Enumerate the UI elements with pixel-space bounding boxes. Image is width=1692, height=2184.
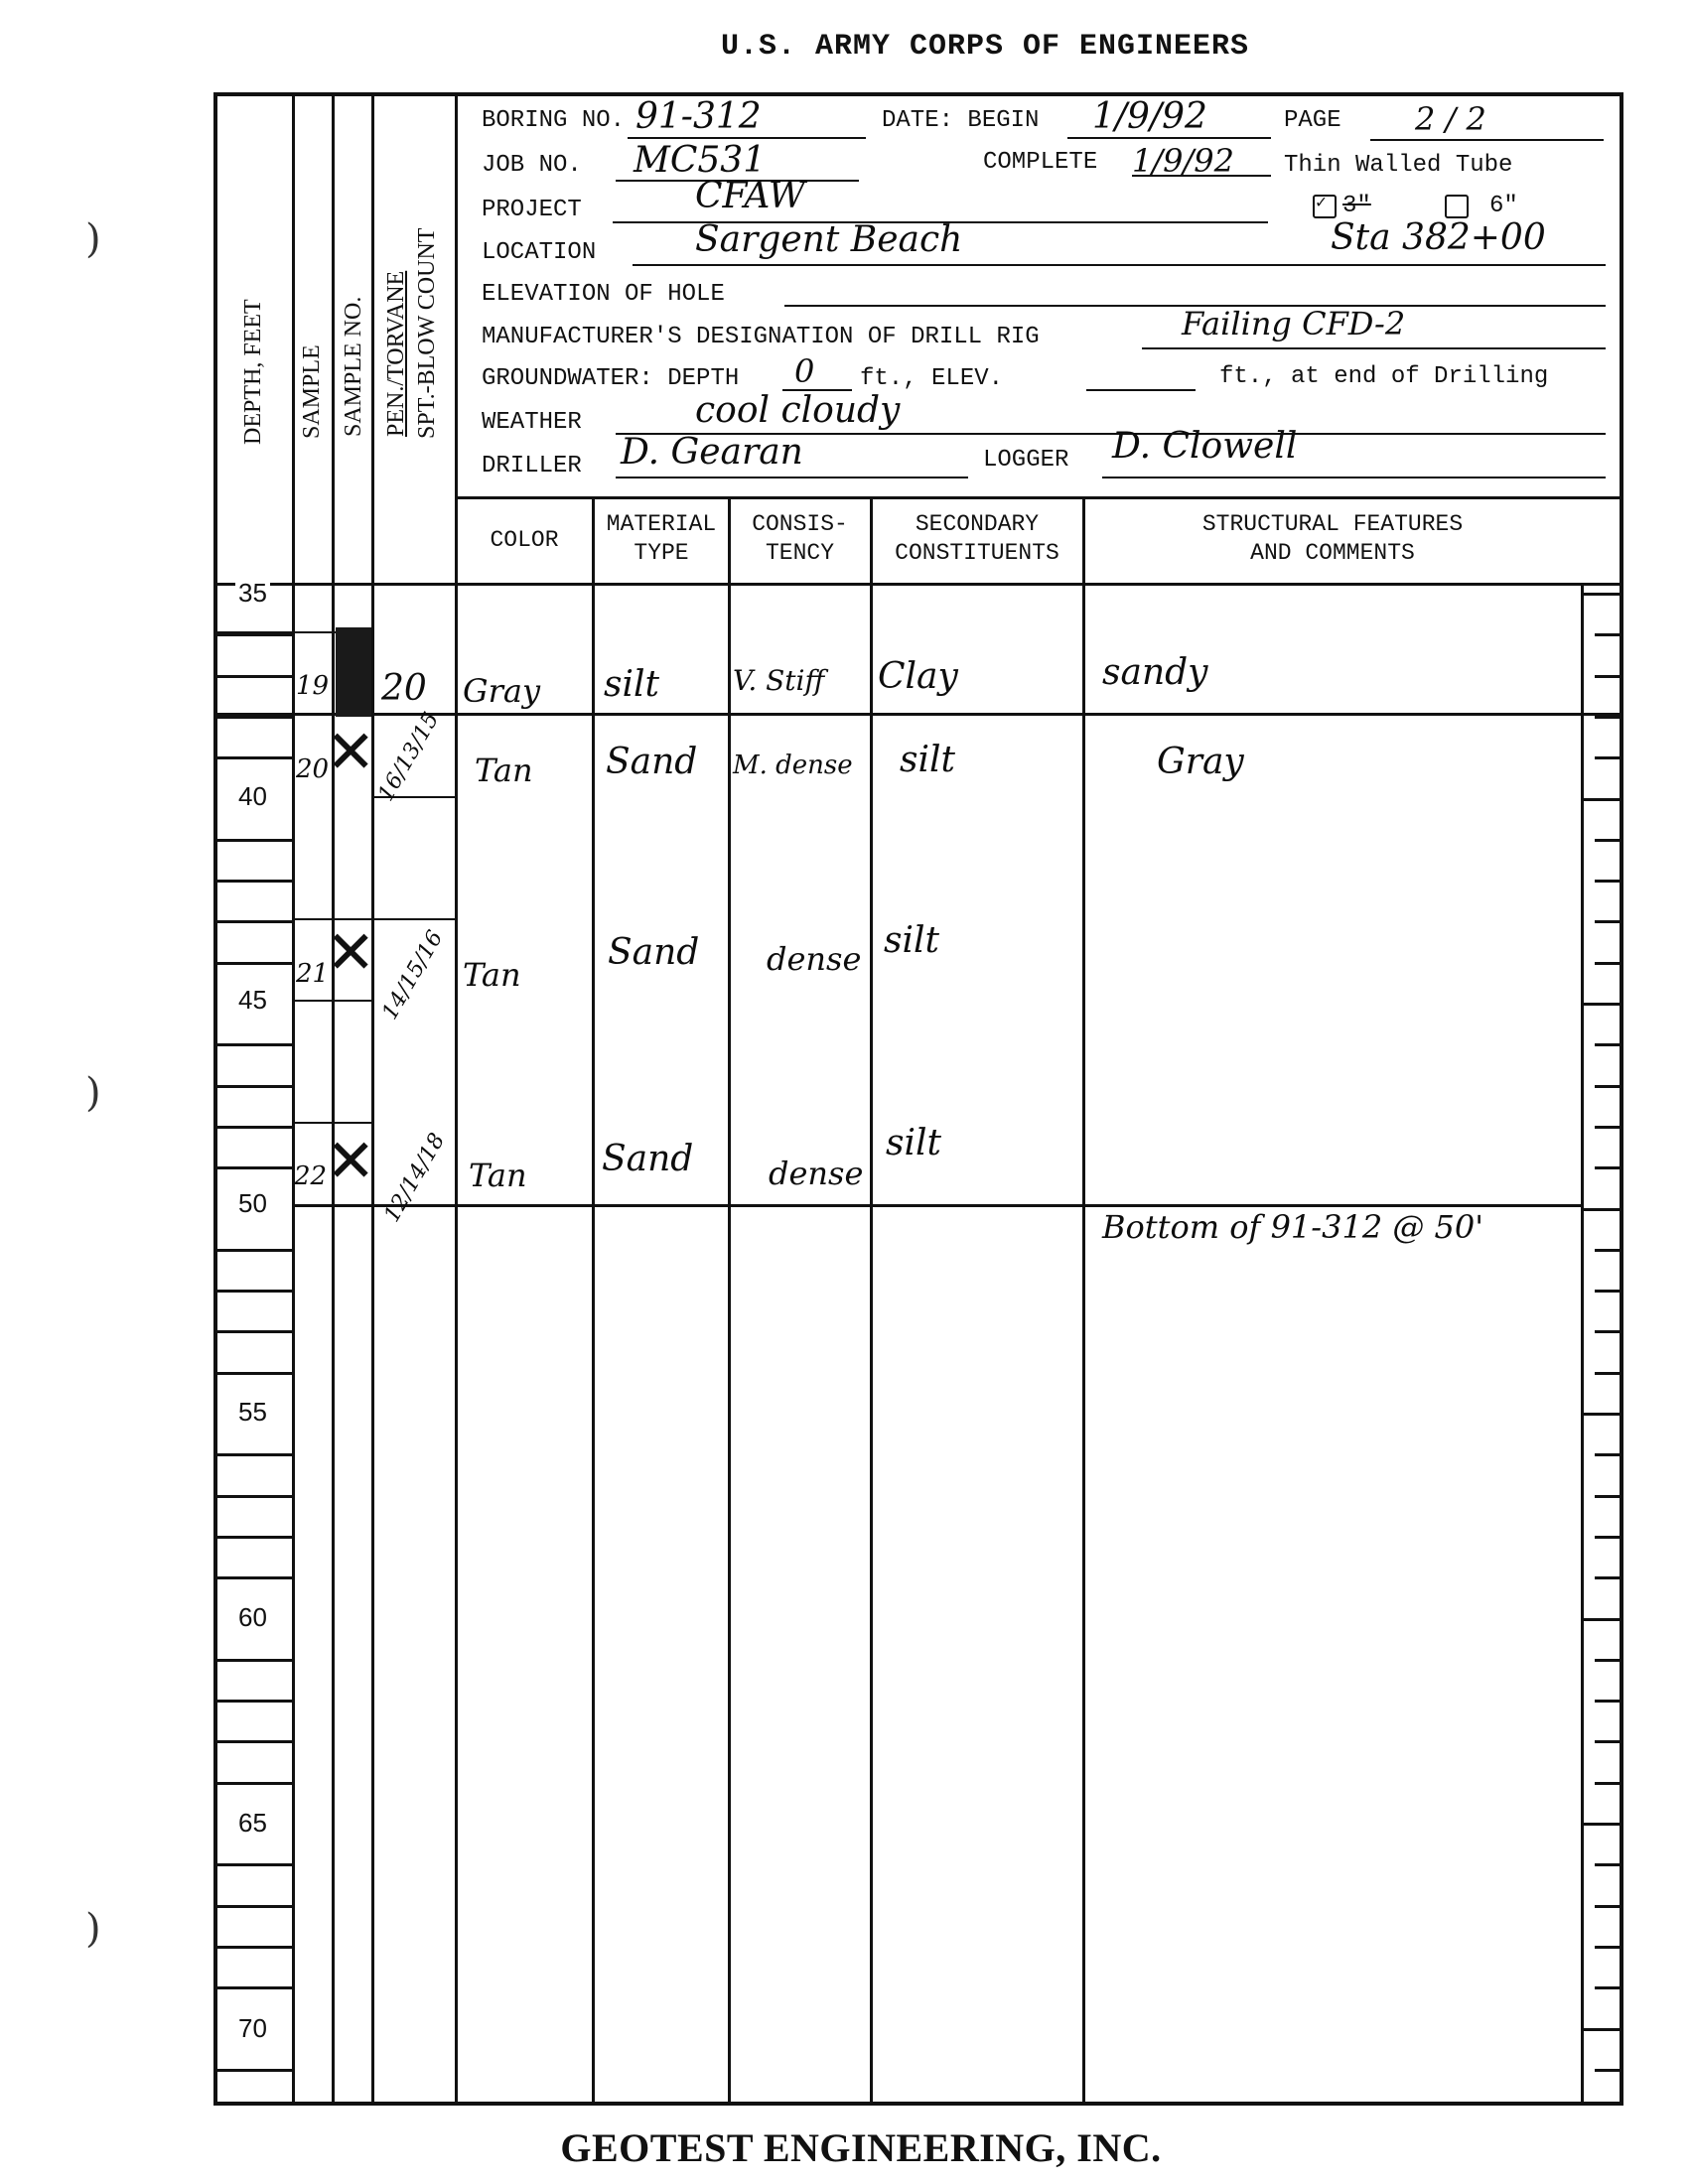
boring-no-label: BORING NO. xyxy=(482,109,625,133)
depth-foot-line xyxy=(213,1290,293,1293)
strip-major-line xyxy=(1583,1823,1623,1826)
depth-label-35: 35 xyxy=(235,580,270,606)
strip-tick xyxy=(1595,1740,1621,1743)
color-cell: Tan xyxy=(463,959,521,991)
date-begin-label: DATE: BEGIN xyxy=(882,109,1039,133)
material-type-header: MATERIALTYPE xyxy=(594,510,729,568)
consistency-header: CONSIS-TENCY xyxy=(730,510,870,568)
date-complete-value: 1/9/92 xyxy=(1132,145,1234,177)
color-cell: Tan xyxy=(469,1160,527,1191)
pen-torvane-header: PEN./TORVANE xyxy=(384,271,408,437)
strip-tick xyxy=(1595,1290,1621,1293)
material-cell: Sand xyxy=(606,745,697,780)
strip-tick xyxy=(1595,1453,1621,1456)
strip-tick xyxy=(1595,633,1621,636)
material-cell: Sand xyxy=(608,935,699,971)
hole-punch-mark: ) xyxy=(85,1070,101,1116)
strip-major-line xyxy=(1583,1618,1623,1621)
divider xyxy=(1581,583,1584,2106)
logger-field[interactable] xyxy=(1102,477,1606,478)
spt-sample-marker: ✕ xyxy=(326,1132,375,1191)
depth-foot-line xyxy=(213,1043,293,1046)
strip-tick xyxy=(1595,1576,1621,1579)
depth-foot-line xyxy=(213,962,293,965)
divider xyxy=(332,92,335,2106)
sample-no: 20 xyxy=(296,756,329,782)
comments-cell: sandy xyxy=(1102,655,1208,691)
groundwater-label: GROUNDWATER: DEPTH xyxy=(482,367,739,391)
consistency-cell: V. Stiff xyxy=(733,667,824,695)
strip-tick xyxy=(1595,1536,1621,1539)
strip-tick xyxy=(1595,1372,1621,1375)
secondary-cell: silt xyxy=(900,743,955,778)
depth-foot-line xyxy=(213,633,293,636)
hole-punch-mark: ) xyxy=(85,216,101,262)
depth-foot-line xyxy=(213,1453,293,1456)
depth-foot-line xyxy=(213,920,293,923)
color-header: COLOR xyxy=(457,526,592,555)
strip-tick xyxy=(1595,962,1621,965)
divider xyxy=(292,92,295,2106)
ft-elev-label: ft., ELEV. xyxy=(860,367,1003,391)
boring-no-field[interactable] xyxy=(628,137,866,139)
tube-check-mark: ✓ xyxy=(1316,195,1327,212)
depth-label-70: 70 xyxy=(235,2015,270,2041)
depth-label-55: 55 xyxy=(235,1399,270,1425)
layer-boundary xyxy=(292,1000,373,1002)
page-value: 2 / 2 xyxy=(1415,103,1486,135)
strip-tick xyxy=(1595,1659,1621,1662)
strip-tick xyxy=(1595,1085,1621,1088)
strip-tick xyxy=(1595,716,1621,719)
secondary-cell: Clay xyxy=(878,659,958,695)
drill-rig-label: MANUFACTURER'S DESIGNATION OF DRILL RIG xyxy=(482,326,1040,349)
strip-tick xyxy=(1595,2069,1621,2072)
depth-foot-line xyxy=(213,1372,293,1375)
strip-tick xyxy=(1595,880,1621,883)
job-no-value: MC531 xyxy=(634,143,766,179)
logger-value: D. Clowell xyxy=(1112,429,1297,465)
strip-tick xyxy=(1595,1782,1621,1785)
company-footer: GEOTEST ENGINEERING, INC. xyxy=(0,2124,1692,2171)
depth-foot-line xyxy=(213,1330,293,1333)
material-cell: silt xyxy=(604,667,659,703)
strip-tick xyxy=(1595,1330,1621,1333)
tube-3in-label: 3" xyxy=(1342,195,1371,218)
divider xyxy=(213,583,1623,586)
sample-no-header: SAMPLE NO. xyxy=(342,297,365,437)
comments-cell: Gray xyxy=(1157,745,1244,780)
end-of-drilling-label: ft., at end of Drilling xyxy=(1219,365,1548,389)
depth-feet-header: DEPTH, FEET xyxy=(241,299,265,445)
depth-foot-line xyxy=(213,1166,293,1169)
depth-label-60: 60 xyxy=(235,1604,270,1630)
strip-major-line xyxy=(1583,1208,1623,1211)
depth-foot-line xyxy=(213,1986,293,1989)
depth-foot-line xyxy=(213,716,293,719)
depth-foot-line xyxy=(213,839,293,842)
tube-sample-marker xyxy=(336,627,371,717)
location-field[interactable] xyxy=(633,264,1606,266)
strip-tick xyxy=(1595,1495,1621,1498)
structural-features-header: STRUCTURAL FEATURESAND COMMENTS xyxy=(1084,510,1581,568)
strip-major-line xyxy=(1583,593,1623,596)
project-label: PROJECT xyxy=(482,199,582,222)
strip-major-line xyxy=(1583,1413,1623,1416)
job-no-label: JOB NO. xyxy=(482,154,582,178)
sample-header: SAMPLE xyxy=(300,344,324,439)
secondary-cell: silt xyxy=(886,1126,941,1161)
depth-label-65: 65 xyxy=(235,1810,270,1836)
depth-foot-line xyxy=(213,1249,293,1252)
page-field[interactable] xyxy=(1370,139,1604,141)
strip-major-line xyxy=(1583,798,1623,801)
tube-6in-checkbox[interactable] xyxy=(1445,195,1469,218)
sample-no: 22 xyxy=(294,1163,327,1189)
drill-rig-value: Failing CFD-2 xyxy=(1182,308,1405,340)
divider xyxy=(592,496,595,2106)
spt-blow-count-header: SPT.-BLOW COUNT xyxy=(415,228,439,439)
logger-label: LOGGER xyxy=(983,449,1068,473)
depth-foot-line xyxy=(213,1946,293,1949)
depth-foot-line xyxy=(213,1126,293,1129)
groundwater-elev-field[interactable] xyxy=(1086,389,1196,391)
depth-foot-line xyxy=(213,1905,293,1908)
strip-tick xyxy=(1595,1946,1621,1949)
boring-no-value: 91-312 xyxy=(635,99,762,135)
depth-foot-line xyxy=(213,1085,293,1088)
depth-foot-line xyxy=(213,2069,293,2072)
depth-foot-line xyxy=(213,675,293,678)
sample-no: 19 xyxy=(296,673,329,699)
divider xyxy=(455,496,1623,499)
blow-count: 20 xyxy=(381,671,427,707)
driller-field[interactable] xyxy=(616,477,968,478)
bottom-of-boring-note: Bottom of 91-312 @ 50' xyxy=(1102,1211,1483,1243)
date-begin-field[interactable] xyxy=(1067,137,1271,139)
complete-label: COMPLETE xyxy=(983,151,1097,175)
hole-punch-mark: ) xyxy=(85,1906,101,1952)
strip-tick xyxy=(1595,1249,1621,1252)
date-begin-value: 1/9/92 xyxy=(1092,99,1207,135)
strip-tick xyxy=(1595,1126,1621,1129)
divider xyxy=(371,92,374,2106)
consistency-cell: M. dense xyxy=(733,752,853,778)
depth-label-45: 45 xyxy=(235,987,270,1013)
color-cell: Tan xyxy=(475,754,533,786)
spt-sample-marker: ✕ xyxy=(326,723,375,782)
driller-value: D. Gearan xyxy=(621,435,803,471)
depth-foot-line xyxy=(213,1863,293,1866)
material-cell: Sand xyxy=(602,1142,693,1177)
depth-foot-line xyxy=(213,1536,293,1539)
strip-tick xyxy=(1595,839,1621,842)
strip-tick xyxy=(1595,675,1621,678)
elevation-label: ELEVATION OF HOLE xyxy=(482,283,725,307)
depth-foot-line xyxy=(213,1495,293,1498)
strip-tick xyxy=(1595,1905,1621,1908)
secondary-constituents-header: SECONDARYCONSTITUENTS xyxy=(872,510,1082,568)
spt-sample-marker: ✕ xyxy=(326,923,375,983)
strip-tick xyxy=(1595,1043,1621,1046)
strip-tick xyxy=(1595,1700,1621,1703)
strip-major-line xyxy=(1583,1003,1623,1006)
divider xyxy=(728,496,731,2106)
drill-rig-field[interactable] xyxy=(1142,347,1606,349)
location-label: LOCATION xyxy=(482,241,596,265)
color-cell: Gray xyxy=(463,675,540,707)
thin-walled-tube-label: Thin Walled Tube xyxy=(1284,154,1512,178)
weather-label: WEATHER xyxy=(482,411,582,435)
divider xyxy=(1082,496,1085,2106)
driller-label: DRILLER xyxy=(482,455,582,478)
weather-value: cool cloudy xyxy=(695,393,900,429)
divider xyxy=(870,496,873,2106)
tube-6in-label: 6" xyxy=(1489,195,1518,218)
strip-major-line xyxy=(1583,2028,1623,2031)
depth-foot-line xyxy=(213,1782,293,1785)
strip-tick xyxy=(1595,1986,1621,1989)
depth-foot-line xyxy=(213,1659,293,1662)
groundwater-depth-value: 0 xyxy=(794,355,814,387)
depth-label-50: 50 xyxy=(235,1190,270,1216)
divider xyxy=(455,92,458,2106)
depth-foot-line xyxy=(213,756,293,759)
consistency-cell: dense xyxy=(767,943,861,975)
layer-boundary xyxy=(292,1204,1581,1207)
strip-tick xyxy=(1595,1863,1621,1866)
depth-foot-line xyxy=(213,880,293,883)
sample-no: 21 xyxy=(296,961,329,987)
agency-title: U.S. ARMY CORPS OF ENGINEERS xyxy=(0,30,1692,64)
secondary-cell: silt xyxy=(884,923,939,959)
layer-boundary xyxy=(292,1122,373,1124)
depth-label-40: 40 xyxy=(235,783,270,809)
strip-tick xyxy=(1595,920,1621,923)
page-label: PAGE xyxy=(1284,109,1341,133)
depth-foot-line xyxy=(213,1700,293,1703)
depth-foot-line xyxy=(213,1740,293,1743)
consistency-cell: dense xyxy=(769,1158,863,1189)
location-value: Sargent Beach xyxy=(695,222,962,258)
station-value: Sta 382+00 xyxy=(1331,220,1546,256)
project-value: CFAW xyxy=(695,179,805,214)
depth-foot-line xyxy=(213,1576,293,1579)
strip-tick xyxy=(1595,756,1621,759)
strip-tick xyxy=(1595,1166,1621,1169)
